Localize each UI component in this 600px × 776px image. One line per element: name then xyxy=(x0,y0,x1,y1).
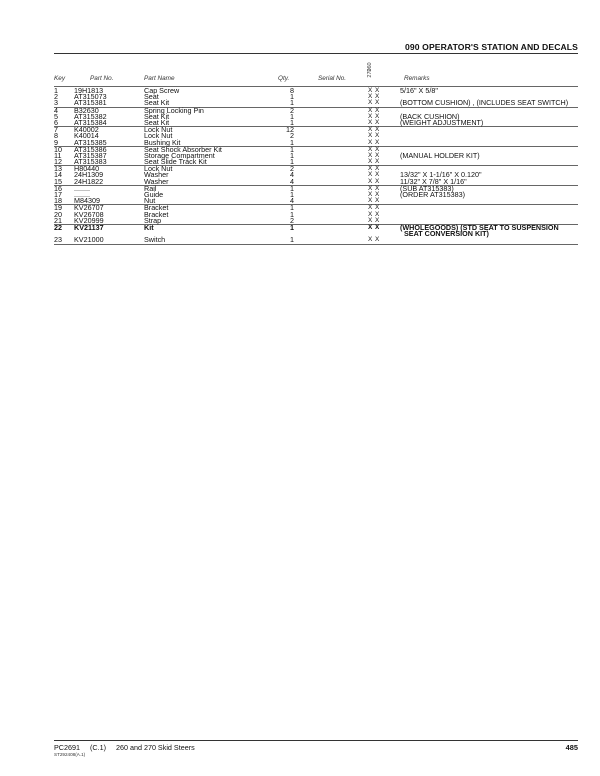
column-header-models: 260 270 xyxy=(365,64,377,76)
header-rule xyxy=(54,86,578,87)
publication-title: 260 and 270 Skid Steers xyxy=(116,743,195,752)
key-cell: 22 xyxy=(54,225,62,232)
column-header-part-no: Part No. xyxy=(90,75,113,82)
footer-left: PC2691 (C.1) 260 and 270 Skid Steers xyxy=(54,743,203,752)
column-header-key: Key xyxy=(54,75,65,82)
footer-rule xyxy=(54,740,578,741)
remarks-cell: (BOTTOM CUSHION) , (INCLUDES SEAT SWITCH… xyxy=(400,100,568,106)
table-row: 3AT315381Seat Kit1X X(BOTTOM CUSHION) , … xyxy=(54,100,578,106)
remarks-cell: (WEIGHT ADJUSTMENT) xyxy=(400,120,483,126)
publication-number: PC2691 xyxy=(54,743,80,752)
column-header-part-name: Part Name xyxy=(144,75,175,82)
column-header-remarks: Remarks xyxy=(404,75,430,82)
table-group: 19KV26707Bracket1X X20KV26708Bracket1X X… xyxy=(54,205,578,225)
table-group: 16........Rail1X X(SUB AT315383)17......… xyxy=(54,186,578,206)
column-header-serial-no: Serial No. xyxy=(318,75,346,82)
model-applicability-cell: X X xyxy=(368,100,380,107)
table-group: 13H80440Lock Nut2X X1424H1309Washer4X X1… xyxy=(54,166,578,186)
table-row: 1524H1822Washer4X X11/32" X 7/8" X 1/16" xyxy=(54,179,578,185)
table-row: 22KV21137Kit1X X(WHOLEGOODS) (STD SEAT T… xyxy=(54,225,578,237)
top-rule xyxy=(54,53,578,54)
part-no-cell: KV21137 xyxy=(74,225,104,232)
table-row: 23KV21000Switch1X X xyxy=(54,237,578,243)
revision: (C.1) xyxy=(90,743,106,752)
table-row: 6AT315384Seat Kit1X X(WEIGHT ADJUSTMENT) xyxy=(54,120,578,126)
table-row: 18M84309Nut4X X xyxy=(54,198,578,204)
key-cell: 23 xyxy=(54,237,62,244)
table-group: 119H1813Cap Screw8X X5/16" X 5/8"2AT3150… xyxy=(54,88,578,108)
table-group: 22KV21137Kit1X X(WHOLEGOODS) (STD SEAT T… xyxy=(54,225,578,245)
table-group: 10AT315386Seat Shock Absorber Kit1X X11A… xyxy=(54,147,578,167)
model-applicability-cell: X X xyxy=(368,225,380,232)
table-group: 4B32630Spring Locking Pin2X X5AT315382Se… xyxy=(54,108,578,128)
column-header-qty: Qty. xyxy=(278,75,289,82)
qty-cell: 1 xyxy=(282,237,294,244)
model-applicability-cell: X X xyxy=(368,237,380,244)
qty-cell: 1 xyxy=(282,225,294,232)
page-number: 485 xyxy=(566,743,578,752)
column-header-model-270: 270 xyxy=(368,67,374,79)
remarks-cell: (WHOLEGOODS) (STD SEAT TO SUSPENSION SEA… xyxy=(400,225,559,238)
table-row: 12AT315383Seat Slide Track Kit1X X xyxy=(54,159,578,165)
section-title: 090 OPERATOR'S STATION AND DECALS xyxy=(405,42,578,52)
part-no-cell: KV21000 xyxy=(74,237,104,244)
parts-table: 119H1813Cap Screw8X X5/16" X 5/8"2AT3150… xyxy=(54,88,578,245)
part-name-cell: Kit xyxy=(144,225,154,232)
table-group: 7K40002Lock Nut12X X8K40014Lock Nut2X X9… xyxy=(54,127,578,147)
table-row: 9AT315385Bushing Kit1X X xyxy=(54,140,578,146)
footer-sub-code: ST292408(A.1) xyxy=(54,752,85,757)
part-name-cell: Switch xyxy=(144,237,165,244)
